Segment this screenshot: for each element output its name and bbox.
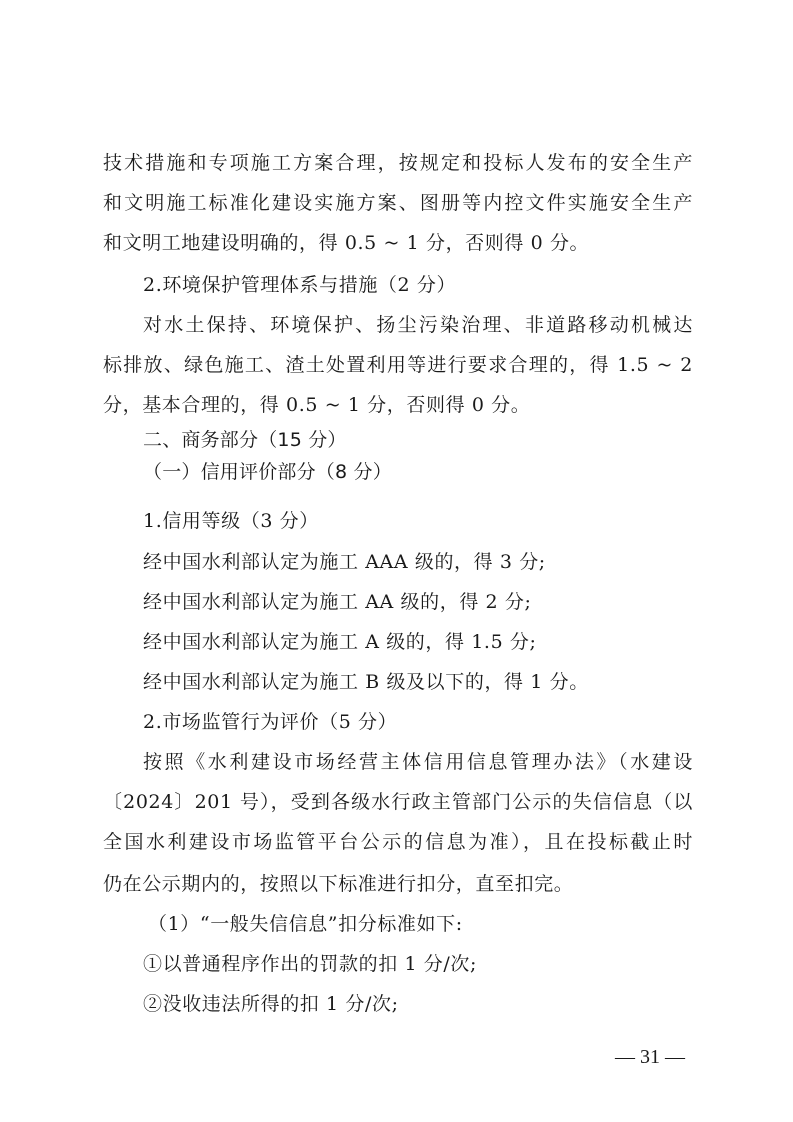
list-item: 经中国水利部认定为施工 AAA 级的，得 3 分; [143,550,693,574]
paragraph-line: 〔2024〕201 号），受到各级水行政主管部门公示的失信信息（以 [103,790,693,814]
list-item: 经中国水利部认定为施工 AA 级的，得 2 分; [143,590,693,614]
paragraph-line: 技术措施和专项施工方案合理，按规定和投标人发布的安全生产 [103,151,693,175]
paragraph-line: 按照《水利建设市场经营主体信用信息管理办法》（水建设 [143,750,693,774]
paragraph-line: 和文明施工标准化建设实施方案、图册等内控文件实施安全生产 [103,191,693,215]
section-heading-business: 二、商务部分（15 分） [143,428,693,452]
item-heading-credit-level: 1.信用等级（3 分） [143,509,693,533]
sub-item-heading: （1）“一般失信信息”扣分标准如下: [148,912,693,936]
item-heading-market-supervision: 2.市场监管行为评价（5 分） [143,710,693,734]
list-item: 经中国水利部认定为施工 B 级及以下的，得 1 分。 [143,670,693,694]
paragraph-line: 标排放、绿色施工、渣土处置利用等进行要求合理的，得 1.5 ~ 2 [103,353,693,377]
paragraph-line: 分，基本合理的，得 0.5 ~ 1 分，否则得 0 分。 [103,393,693,417]
paragraph-line: 仍在公示期内的，按照以下标准进行扣分，直至扣完。 [103,872,693,896]
list-item: ①以普通程序作出的罚款的扣 1 分/次; [143,952,693,976]
page-number: — 31 — [615,1045,685,1069]
section-heading-environment: 2.环境保护管理体系与措施（2 分） [143,273,693,297]
paragraph-line: 和文明工地建设明确的，得 0.5 ~ 1 分，否则得 0 分。 [103,231,693,255]
subsection-heading-credit: （一）信用评价部分（8 分） [143,460,693,484]
list-item: 经中国水利部认定为施工 A 级的，得 1.5 分; [143,630,693,654]
paragraph-line: 对水土保持、环境保护、扬尘污染治理、非道路移动机械达 [143,313,693,337]
list-item: ②没收违法所得的扣 1 分/次; [143,992,693,1016]
paragraph-line: 全国水利建设市场监管平台公示的信息为准），且在投标截止时 [103,830,693,854]
